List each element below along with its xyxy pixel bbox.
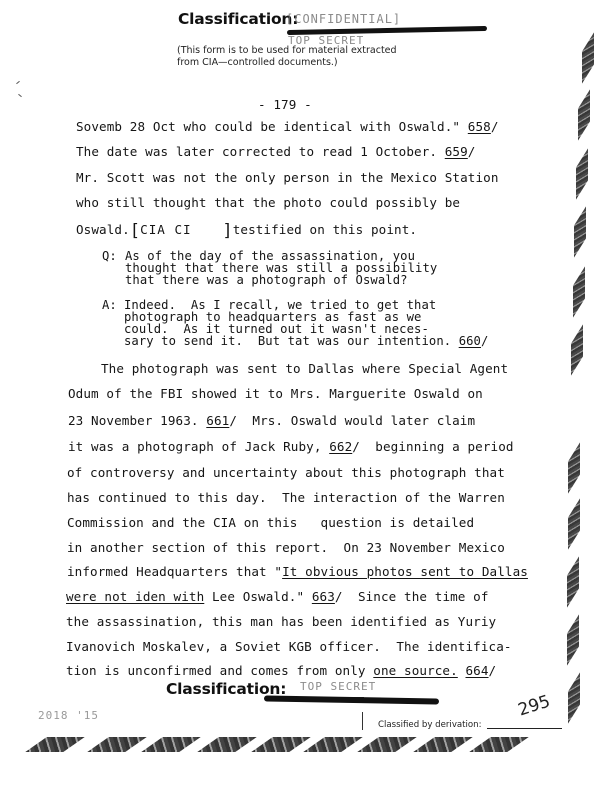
redaction-bar-bottom <box>264 695 439 704</box>
classification-stamp-bottom: TOP SECRET <box>300 680 376 693</box>
classified-by-derivation-field <box>487 728 562 729</box>
footnote-ref-659: 659 <box>445 144 468 159</box>
answer-line-4: sary to send it. But tat was our intenti… <box>124 335 488 347</box>
question-line-3: that there was a photograph of Oswald? <box>125 274 408 286</box>
body-line-1: Sovemb 28 Oct who could be identical wit… <box>76 119 499 134</box>
page-number: - 179 - <box>258 97 312 112</box>
form-note-line-2: from CIA—controlled documents.) <box>177 57 397 69</box>
para2-line-6: has continued to this day. The interacti… <box>67 490 505 505</box>
answer-label: A: <box>102 299 117 311</box>
para2-line-12: Ivanovich Moskalev, a Soviet KGB officer… <box>66 639 512 654</box>
hash-mark-icon <box>568 442 580 493</box>
body-line-4: who still thought that the photo could p… <box>76 195 460 210</box>
para2-line-10: were not iden with Lee Oswald." 663/ Sin… <box>66 589 489 604</box>
para2-line-5: of controversy and uncertainty about thi… <box>67 465 505 480</box>
handwritten-page-number: 295 <box>516 691 553 720</box>
footnote-ref-663: 663 <box>312 589 335 604</box>
body-line-5: Oswald.[CIA CI ]testified on this point. <box>76 221 417 241</box>
para2-line-7: Commission and the CIA on this question … <box>67 515 474 530</box>
form-note-line-1: (This form is to be used for material ex… <box>177 45 397 57</box>
para2-line-1: The photograph was sent to Dallas where … <box>101 361 508 376</box>
para2-line-4: it was a photograph of Jack Ruby, 662/ b… <box>68 439 514 454</box>
hash-mark-icon <box>573 266 585 317</box>
hash-mark-icon <box>574 206 586 257</box>
classification-label-top: Classification: <box>178 10 298 28</box>
underlined-quote-2: were not iden with <box>66 589 204 604</box>
hash-mark-icon <box>568 672 580 723</box>
hash-mark-icon <box>568 498 580 549</box>
hash-mark-icon <box>357 737 416 752</box>
question-label: Q: <box>102 250 117 262</box>
hash-mark-icon <box>141 737 200 752</box>
hash-mark-icon <box>576 148 588 199</box>
stamp-left: 2018 '15 <box>38 709 99 722</box>
para2-line-3: 23 November 1963. 661/ Mrs. Oswald would… <box>68 413 475 428</box>
para2-line-13: tion is unconfirmed and comes from only … <box>66 663 496 678</box>
body-line-3: Mr. Scott was not the only person in the… <box>76 170 499 185</box>
hash-mark-icon <box>567 556 579 607</box>
hash-mark-icon <box>567 614 579 665</box>
divider <box>362 712 363 730</box>
hash-mark-icon <box>25 737 84 752</box>
hash-mark-icon <box>87 737 146 752</box>
underlined-one-source: one source. <box>373 663 458 678</box>
body-line-5-post: testified on this point. <box>233 222 417 237</box>
hash-mark-icon <box>251 737 310 752</box>
para2-line-11: the assassination, this man has been ide… <box>66 614 496 629</box>
document-page: Classification: [CONFIDENTIAL] TOP SECRE… <box>0 0 612 791</box>
hash-mark-icon <box>197 737 256 752</box>
body-line-2: The date was later corrected to read 1 O… <box>76 144 475 159</box>
underlined-quote-1: It obvious photos sent to Dallas <box>282 564 528 579</box>
para2-line-9: informed Headquarters that "It obvious p… <box>67 564 528 579</box>
classified-by-derivation-label: Classified by derivation: <box>378 720 482 730</box>
footnote-ref-661: 661 <box>206 413 229 428</box>
footnote-ref-664: 664 <box>466 663 489 678</box>
hash-mark-icon <box>413 737 472 752</box>
footnote-ref-662: 662 <box>329 439 352 454</box>
body-line-5-pre: Oswald. <box>76 222 130 237</box>
hash-mark-icon <box>582 32 594 83</box>
hash-mark-icon <box>578 89 590 140</box>
classification-stamp-top: [CONFIDENTIAL] <box>286 12 401 26</box>
footnote-ref-658: 658 <box>468 119 491 134</box>
footnote-ref-660: 660 <box>459 334 481 348</box>
para2-line-2: Odum of the FBI showed it to Mrs. Margue… <box>68 386 483 401</box>
para2-line-8: in another section of this report. On 23… <box>67 540 505 555</box>
answer-line-4-text: sary to send it. But tat was our intenti… <box>124 334 451 348</box>
redacted-name-bracket: CIA CI <box>140 222 192 237</box>
hash-mark-icon <box>303 737 362 752</box>
body-line-2-text: The date was later corrected to read 1 O… <box>76 144 437 159</box>
body-line-1-text: Sovemb 28 Oct who could be identical wit… <box>76 119 460 134</box>
hash-mark-icon <box>571 324 583 375</box>
hash-mark-icon <box>469 737 528 752</box>
form-note: (This form is to be used for material ex… <box>177 45 397 69</box>
